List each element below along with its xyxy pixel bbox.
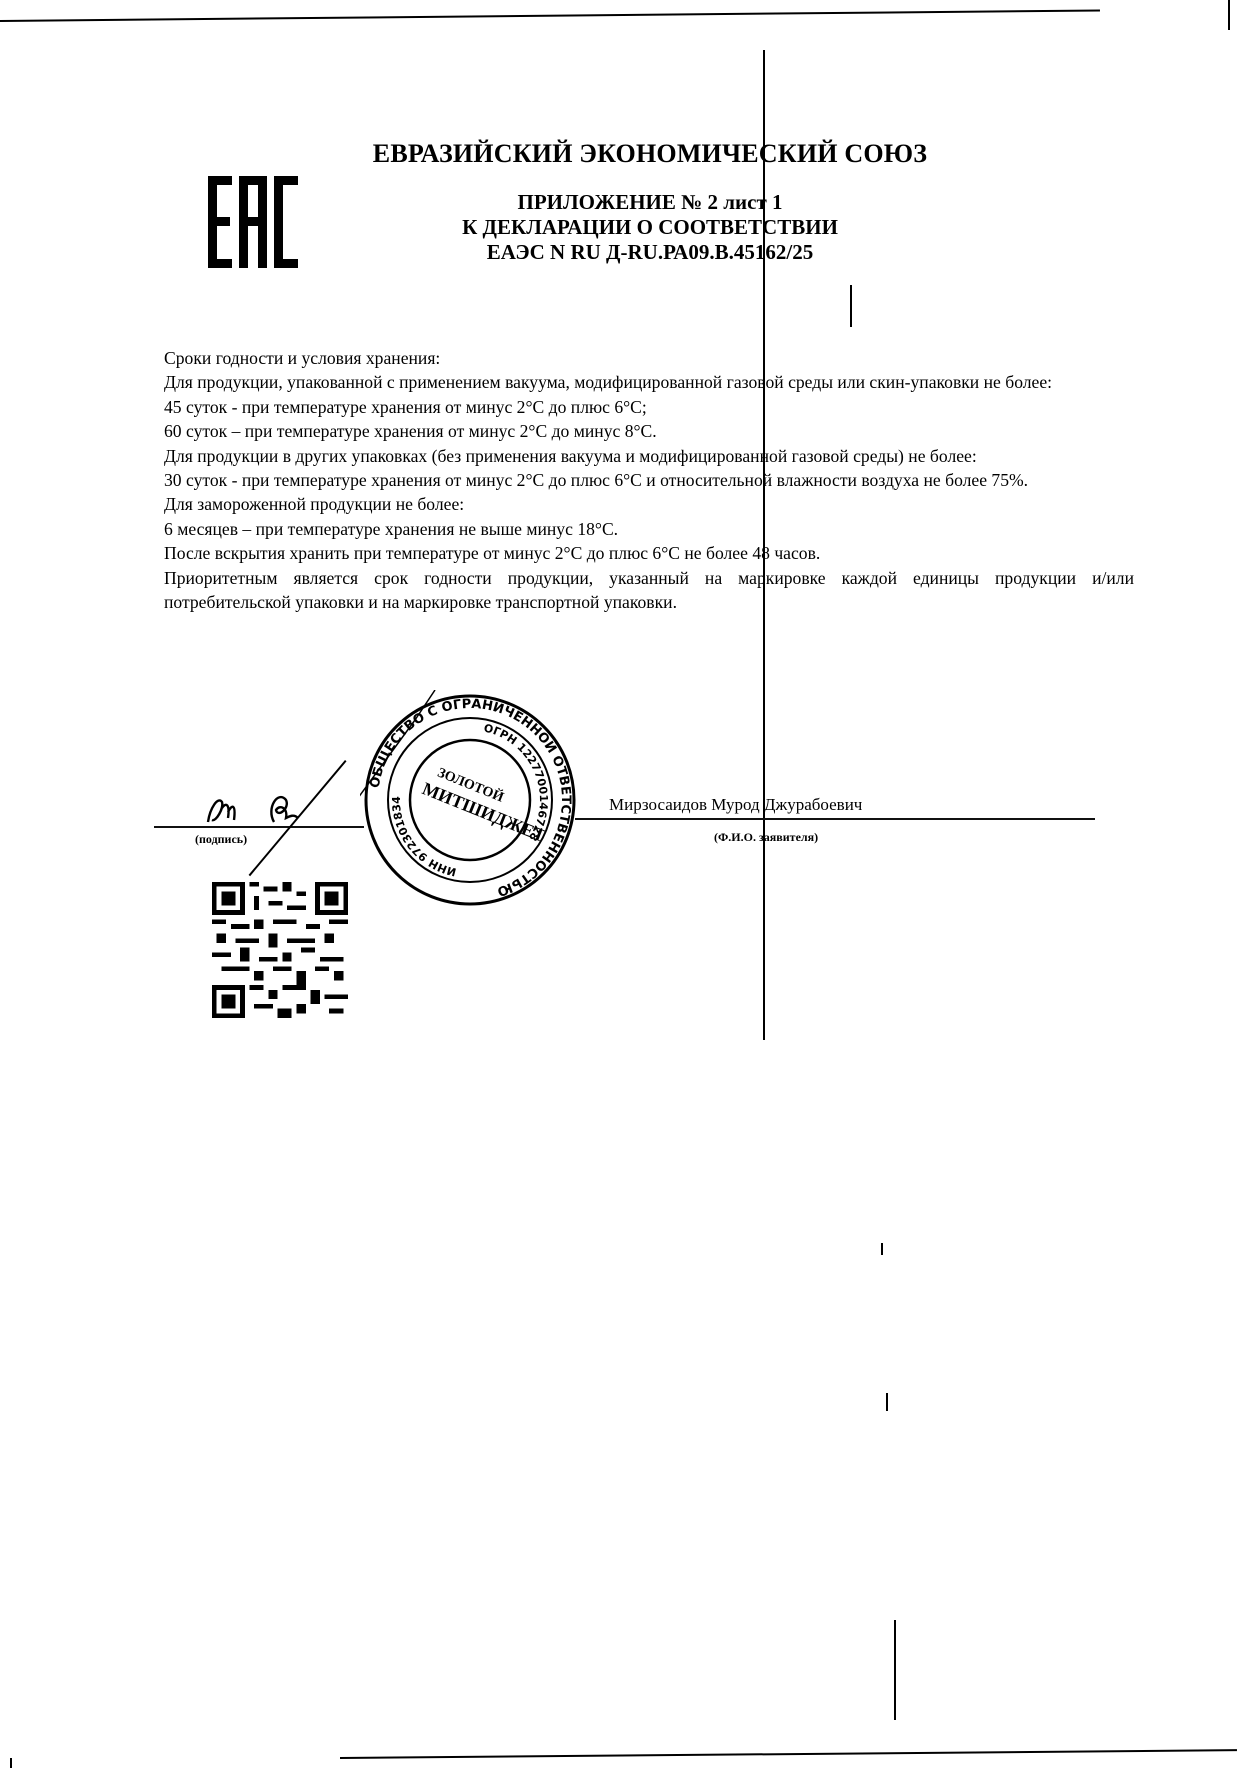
storage-conditions: Сроки годности и условия хранения: Для п… [164, 346, 1134, 614]
scan-mark [881, 1243, 883, 1255]
applicant-name: Мирзосаидов Мурод Джурабоевич [609, 795, 862, 815]
signature-caption: (подпись) [195, 832, 247, 847]
registration-number: ЕАЭС N RU Д-RU.РА09.В.45162/25 [300, 240, 1000, 265]
paragraph: 45 суток - при температуре хранения от м… [164, 395, 1134, 419]
paragraph: Для продукции в других упаковках (без пр… [164, 444, 1134, 468]
paragraph: Для продукции, упакованной с применением… [164, 370, 1134, 394]
scan-mark [10, 1758, 12, 1768]
paragraph: 60 суток – при температуре хранения от м… [164, 419, 1134, 443]
company-stamp: ОБЩЕСТВО С ОГРАНИЧЕННОЙ ОТВЕТСТВЕННОСТЬЮ… [360, 690, 580, 910]
scan-mark [886, 1393, 888, 1411]
paragraph: 30 суток - при температуре хранения от м… [164, 468, 1134, 492]
declaration-line: К ДЕКЛАРАЦИИ О СООТВЕТСТВИИ [300, 215, 1000, 240]
applicant-caption: (Ф.И.О. заявителя) [714, 830, 818, 845]
scan-right-edge [1228, 0, 1230, 30]
paragraph: После вскрытия хранить при температуре о… [164, 541, 1134, 565]
scan-border-top [0, 9, 1100, 22]
applicant-line [575, 818, 1095, 820]
scan-border-bottom [340, 1749, 1237, 1759]
annex-header: ПРИЛОЖЕНИЕ № 2 лист 1 К ДЕКЛАРАЦИИ О СОО… [300, 190, 1000, 265]
section-heading: Сроки годности и условия хранения: [164, 346, 1134, 370]
qr-code-icon [212, 882, 348, 1018]
scan-vertical-mark [850, 285, 852, 327]
scan-mark [894, 1620, 896, 1720]
annex-line: ПРИЛОЖЕНИЕ № 2 лист 1 [300, 190, 1000, 215]
union-title: ЕВРАЗИЙСКИЙ ЭКОНОМИЧЕСКИЙ СОЮЗ [300, 139, 1000, 169]
paragraph: Для замороженной продукции не более: [164, 492, 1134, 516]
paragraph: Приоритетным является срок годности прод… [164, 566, 1134, 615]
eac-logo-icon [208, 176, 298, 268]
paragraph: 6 месяцев – при температуре хранения не … [164, 517, 1134, 541]
